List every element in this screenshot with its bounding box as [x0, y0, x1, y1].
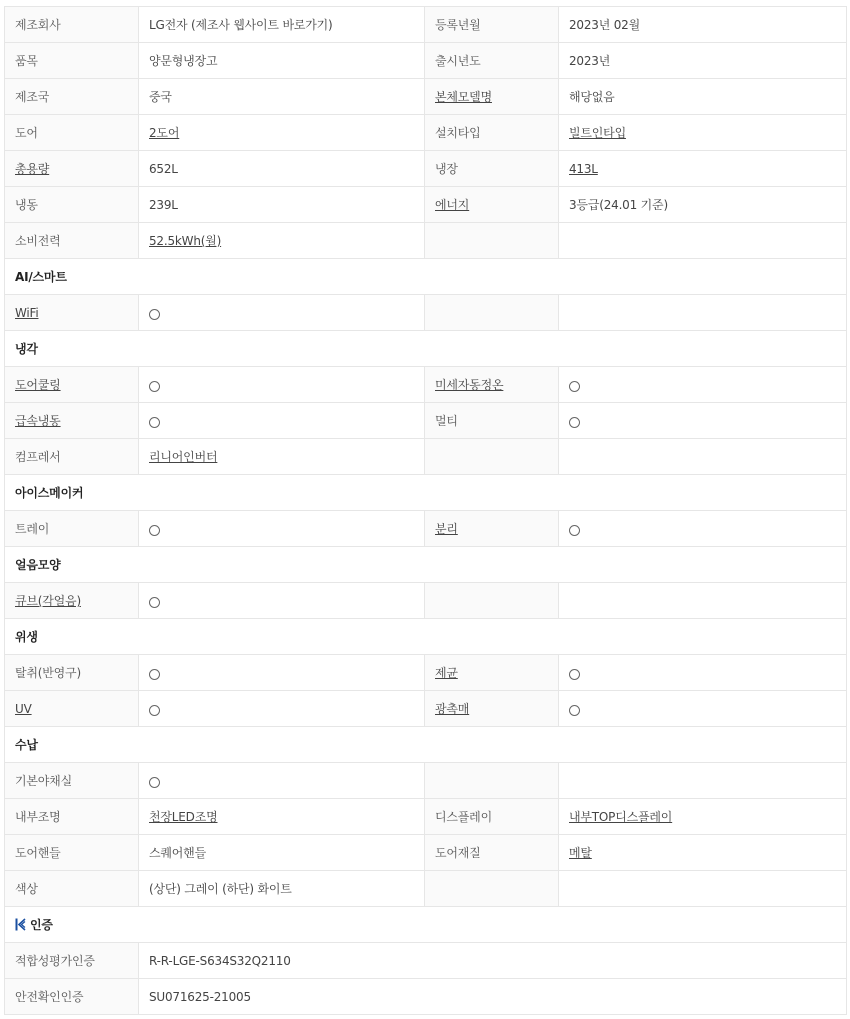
- table-row: 컴프레서 리니어인버터: [5, 439, 847, 475]
- supported-circle-icon: [569, 417, 580, 428]
- spec-label: 탈취(반영구): [5, 655, 139, 691]
- spec-label-link[interactable]: 광촉매: [435, 702, 469, 716]
- spec-label: 제조국: [5, 79, 139, 115]
- empty-cell: [425, 223, 559, 259]
- section-title: 아이스메이커: [5, 475, 847, 511]
- section-header: 인증: [5, 907, 847, 943]
- manufacturer-link[interactable]: LG전자 (제조사 웹사이트 바로가기): [139, 7, 425, 43]
- spec-label: 도어: [5, 115, 139, 151]
- spec-label-link[interactable]: 에너지: [435, 198, 469, 212]
- spec-label: 출시년도: [425, 43, 559, 79]
- table-row: UV 광촉매: [5, 691, 847, 727]
- empty-cell: [425, 439, 559, 475]
- table-row: 제조국 중국 본체모델명 해당없음: [5, 79, 847, 115]
- spec-label: 냉장: [425, 151, 559, 187]
- table-row: 색상 (상단) 그레이 (하단) 화이트: [5, 871, 847, 907]
- section-title: 인증: [30, 918, 53, 932]
- table-row: 급속냉동 멀티: [5, 403, 847, 439]
- spec-label: 색상: [5, 871, 139, 907]
- spec-table: 제조회사 LG전자 (제조사 웹사이트 바로가기) 등록년월 2023년 02월…: [4, 6, 847, 1015]
- table-row: 트레이 분리: [5, 511, 847, 547]
- supported-circle-icon: [149, 417, 160, 428]
- table-row: 품목 양문형냉장고 출시년도 2023년: [5, 43, 847, 79]
- section-title: 위생: [5, 619, 847, 655]
- spec-value-link[interactable]: 천장LED조명: [149, 810, 217, 824]
- empty-cell: [425, 871, 559, 907]
- manufacturer-value[interactable]: LG전자 (제조사 웹사이트 바로가기): [149, 18, 333, 32]
- supported-circle-icon: [149, 597, 160, 608]
- spec-value: R-R-LGE-S634S32Q2110: [139, 943, 847, 979]
- spec-label: 설치타입: [425, 115, 559, 151]
- section-title: AI/스마트: [5, 259, 847, 295]
- spec-label-link[interactable]: 제균: [435, 666, 458, 680]
- supported-circle-icon: [149, 525, 160, 536]
- section-header: 수납: [5, 727, 847, 763]
- table-row: 도어핸들 스퀘어핸들 도어재질 메탈: [5, 835, 847, 871]
- empty-cell: [559, 583, 847, 619]
- section-header: 냉각: [5, 331, 847, 367]
- supported-circle-icon: [149, 705, 160, 716]
- table-row: 소비전력 52.5kWh(월): [5, 223, 847, 259]
- spec-value-link[interactable]: 메탈: [569, 846, 592, 860]
- spec-value: 239L: [139, 187, 425, 223]
- table-row: 도어 2도어 설치타입 빌트인타입: [5, 115, 847, 151]
- spec-label: 도어재질: [425, 835, 559, 871]
- empty-cell: [425, 583, 559, 619]
- spec-label: 트레이: [5, 511, 139, 547]
- spec-label: 적합성평가인증: [5, 943, 139, 979]
- spec-label-link[interactable]: 큐브(각얼음): [15, 594, 81, 608]
- spec-label: 기본야채실: [5, 763, 139, 799]
- spec-label: 도어핸들: [5, 835, 139, 871]
- table-row: 내부조명 천장LED조명 디스플레이 내부TOP디스플레이: [5, 799, 847, 835]
- spec-label: 안전확인인증: [5, 979, 139, 1015]
- section-title: 얼음모양: [5, 547, 847, 583]
- spec-label: 내부조명: [5, 799, 139, 835]
- table-row: 안전확인인증 SU071625-21005: [5, 979, 847, 1015]
- spec-value: 3등급(24.01 기준): [559, 187, 847, 223]
- spec-value-link[interactable]: 빌트인타입: [569, 126, 626, 140]
- section-header: 아이스메이커: [5, 475, 847, 511]
- section-header: 얼음모양: [5, 547, 847, 583]
- spec-value: 중국: [139, 79, 425, 115]
- empty-cell: [559, 295, 847, 331]
- spec-label-link[interactable]: 미세자동정온: [435, 378, 503, 392]
- supported-circle-icon: [569, 525, 580, 536]
- supported-circle-icon: [149, 309, 160, 320]
- empty-cell: [425, 763, 559, 799]
- supported-circle-icon: [149, 777, 160, 788]
- section-header: AI/스마트: [5, 259, 847, 295]
- section-header: 위생: [5, 619, 847, 655]
- spec-label: 제조회사: [5, 7, 139, 43]
- table-row: 도어쿨링 미세자동정온: [5, 367, 847, 403]
- table-row: 기본야채실: [5, 763, 847, 799]
- supported-circle-icon: [569, 381, 580, 392]
- spec-label: 소비전력: [5, 223, 139, 259]
- table-row: 제조회사 LG전자 (제조사 웹사이트 바로가기) 등록년월 2023년 02월: [5, 7, 847, 43]
- spec-value-link[interactable]: 리니어인버터: [149, 450, 217, 464]
- section-title: 냉각: [5, 331, 847, 367]
- spec-label-link[interactable]: 분리: [435, 522, 458, 536]
- spec-value-link[interactable]: 52.5kWh(월): [149, 234, 221, 248]
- spec-label: 컴프레서: [5, 439, 139, 475]
- supported-circle-icon: [569, 669, 580, 680]
- spec-value: 2023년 02월: [559, 7, 847, 43]
- empty-cell: [559, 439, 847, 475]
- table-row: 냉동 239L 에너지 3등급(24.01 기준): [5, 187, 847, 223]
- spec-label-link[interactable]: WiFi: [15, 306, 39, 320]
- table-row: 총용량 652L 냉장 413L: [5, 151, 847, 187]
- spec-label-link[interactable]: 급속냉동: [15, 414, 61, 428]
- empty-cell: [559, 871, 847, 907]
- table-row: 탈취(반영구) 제균: [5, 655, 847, 691]
- spec-label-link[interactable]: UV: [15, 702, 32, 716]
- supported-circle-icon: [569, 705, 580, 716]
- spec-value-link[interactable]: 2도어: [149, 126, 179, 140]
- section-title: 수납: [5, 727, 847, 763]
- supported-circle-icon: [149, 381, 160, 392]
- spec-label: 품목: [5, 43, 139, 79]
- table-row: 적합성평가인증 R-R-LGE-S634S32Q2110: [5, 943, 847, 979]
- supported-circle-icon: [149, 669, 160, 680]
- spec-value: 2023년: [559, 43, 847, 79]
- table-row: WiFi: [5, 295, 847, 331]
- spec-value: 양문형냉장고: [139, 43, 425, 79]
- spec-value: 652L: [139, 151, 425, 187]
- spec-label: 멀티: [425, 403, 559, 439]
- spec-value: 해당없음: [559, 79, 847, 115]
- spec-label: 냉동: [5, 187, 139, 223]
- table-row: 큐브(각얼음): [5, 583, 847, 619]
- spec-label-link[interactable]: 총용량: [15, 162, 49, 176]
- spec-label: 디스플레이: [425, 799, 559, 835]
- spec-value: 스퀘어핸들: [139, 835, 425, 871]
- spec-label-link[interactable]: 본체모델명: [435, 90, 492, 104]
- empty-cell: [425, 295, 559, 331]
- spec-value: (상단) 그레이 (하단) 화이트: [139, 871, 425, 907]
- spec-label-link[interactable]: 도어쿨링: [15, 378, 61, 392]
- kc-mark-icon: [15, 918, 26, 931]
- empty-cell: [559, 223, 847, 259]
- spec-label: 등록년월: [425, 7, 559, 43]
- spec-value-link[interactable]: 내부TOP디스플레이: [569, 810, 672, 824]
- spec-value-link[interactable]: 413L: [569, 162, 598, 176]
- certification-header: 인증: [5, 907, 847, 943]
- spec-value: SU071625-21005: [139, 979, 847, 1015]
- empty-cell: [559, 763, 847, 799]
